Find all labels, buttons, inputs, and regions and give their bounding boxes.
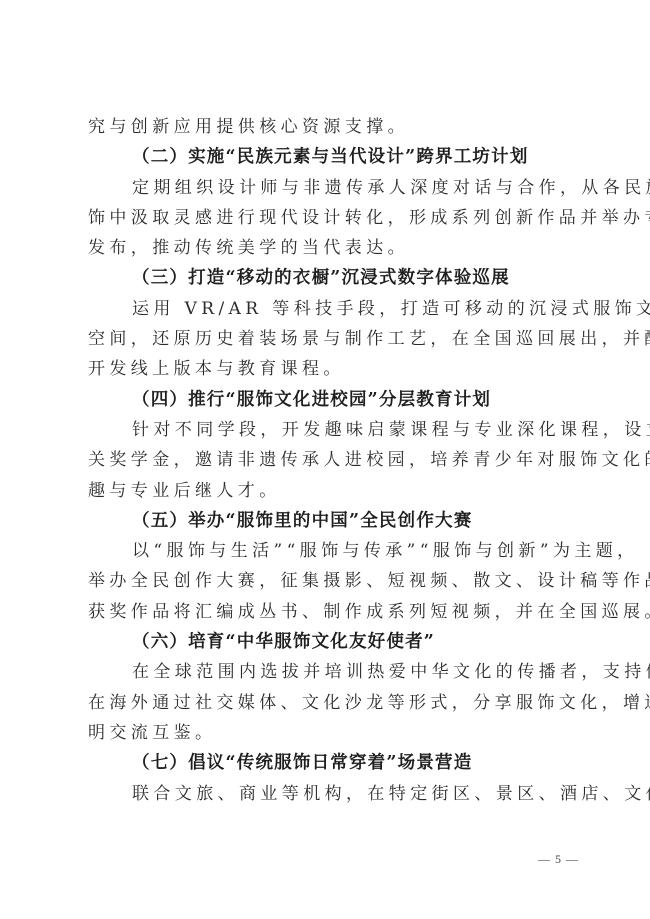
section-heading-7: （七）倡议“传统服饰日常穿着”场景营造 [88,748,572,778]
body-line: 定期组织设计师与非遗传承人深度对话与合作，从各民族服 [88,173,572,203]
body-line: 针对不同学段，开发趣味启蒙课程与专业深化课程，设立相 [88,415,572,445]
body-line: 获奖作品将汇编成丛书、制作成系列短视频，并在全国巡展。 [88,597,572,627]
body-line: 饰中汲取灵感进行现代设计转化，形成系列创新作品并举办专题 [88,203,572,233]
body-line: 举办全民创作大赛，征集摄影、短视频、散文、设计稿等作品。 [88,566,572,596]
section-heading-5: （五）举办“服饰里的中国”全民创作大赛 [88,506,572,536]
section-heading-6: （六）培育“中华服饰文化友好使者” [88,627,572,657]
body-line: 在海外通过社交媒体、文化沙龙等形式，分享服饰文化，增进文 [88,688,572,718]
body-line: 发布，推动传统美学的当代表达。 [88,233,572,263]
body-line: 以“服饰与生活”“服饰与传承”“服饰与创新”为主题， [88,536,572,566]
body-line: 空间，还原历史着装场景与制作工艺，在全国巡回展出，并配套 [88,324,572,354]
body-line: 运用 VR/AR 等科技手段，打造可移动的沉浸式服饰文化体验 [88,294,572,324]
body-line: 明交流互鉴。 [88,718,572,748]
body-line: 联合文旅、商业等机构，在特定街区、景区、酒店、文化活 [88,779,572,809]
section-heading-4: （四）推行“服饰文化进校园”分层教育计划 [88,385,572,415]
section-heading-2: （二）实施“民族元素与当代设计”跨界工坊计划 [88,142,572,172]
body-line: 究与创新应用提供核心资源支撑。 [88,112,572,142]
document-page: 究与创新应用提供核心资源支撑。 （二）实施“民族元素与当代设计”跨界工坊计划 定… [88,112,572,809]
page-number: — 5 — [538,852,579,867]
body-line: 开发线上版本与教育课程。 [88,354,572,384]
body-line: 趣与专业后继人才。 [88,476,572,506]
section-heading-3: （三）打造“移动的衣橱”沉浸式数字体验巡展 [88,263,572,293]
body-line: 在全球范围内选拔并培训热爱中华文化的传播者，支持他们 [88,657,572,687]
body-line: 关奖学金，邀请非遗传承人进校园，培养青少年对服饰文化的兴 [88,445,572,475]
